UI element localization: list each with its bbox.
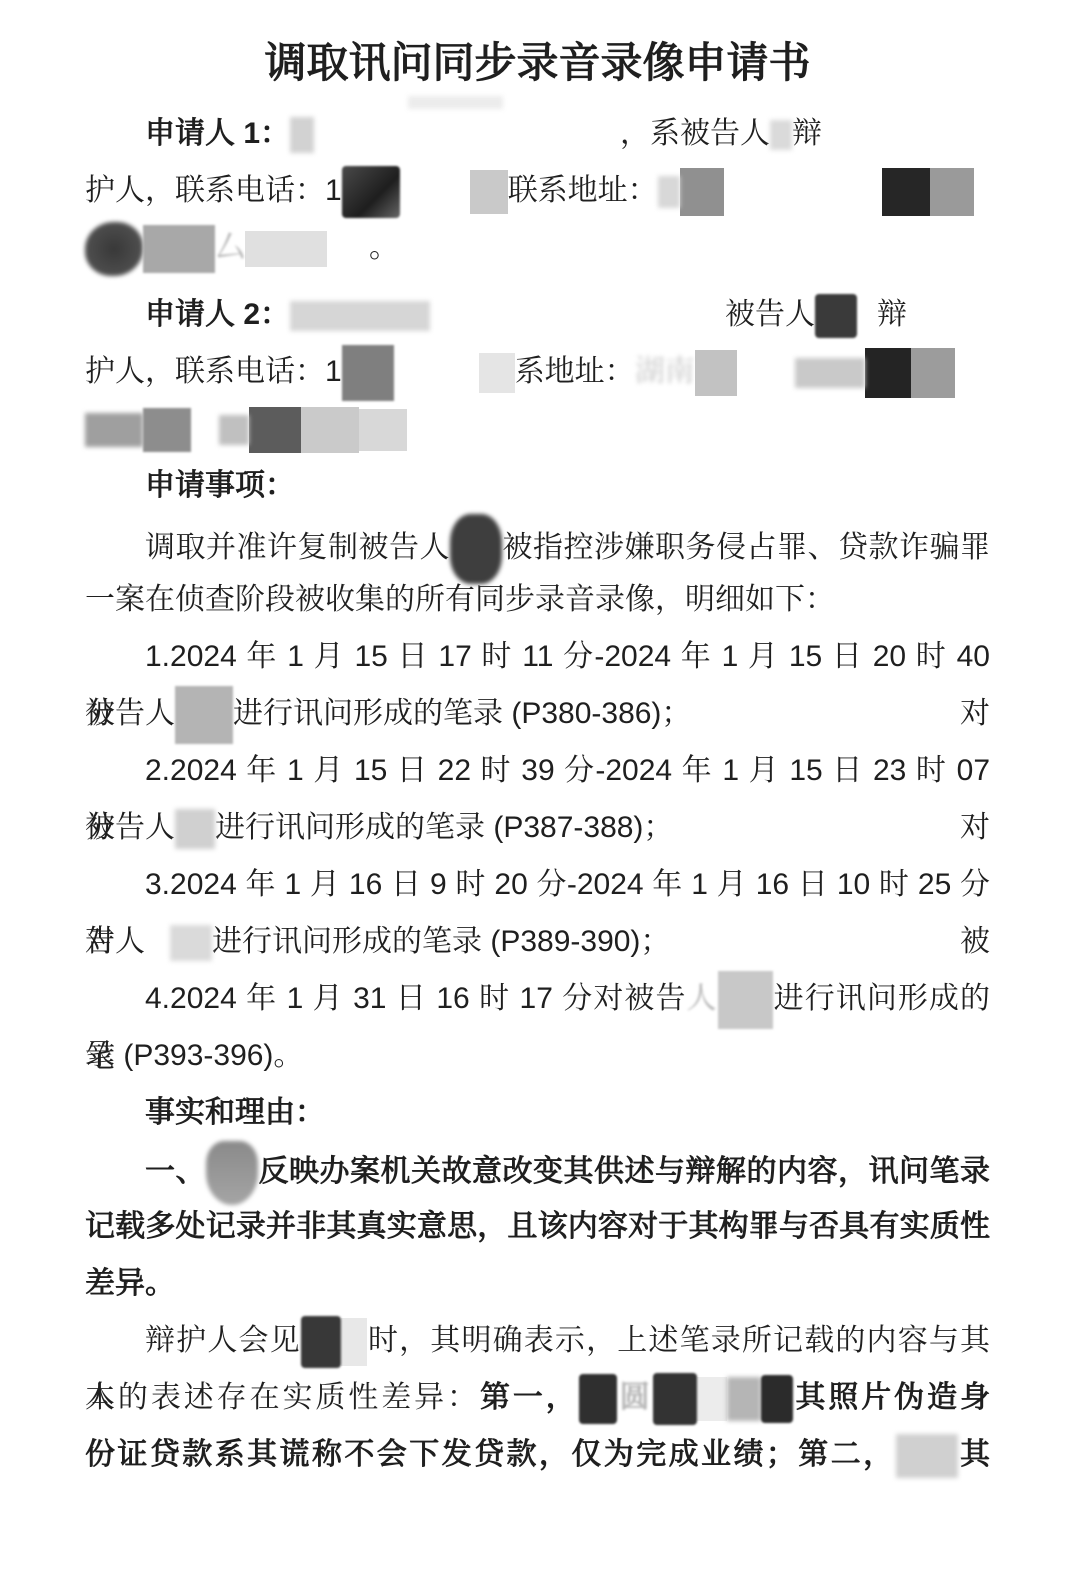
redaction-block <box>249 407 301 453</box>
redaction-block <box>865 348 911 398</box>
redaction-block <box>697 1377 727 1421</box>
applicant2-line1-text: 被告人 <box>725 298 815 331</box>
ghost-char: 圆 <box>617 1381 653 1414</box>
meeting-text-bold: 第一， <box>480 1381 579 1414</box>
point-one-line-2: 记载多处记录并非其真实意思，且该内容对于其构罪与否具有实质性 <box>85 1198 990 1255</box>
redaction-block <box>143 225 215 273</box>
applicant1-line1-text: ，系被告人 <box>620 117 770 150</box>
redaction-block <box>342 166 400 218</box>
redaction-block <box>301 407 359 453</box>
request-intro-line-2: 一案在侦查阶段被收集的所有同步录音录像，明细如下： <box>85 571 990 628</box>
redaction-smudge <box>170 925 212 961</box>
item-text: 告人 <box>85 925 145 958</box>
redaction-block <box>342 345 394 401</box>
meeting-line-1: 辩护人会见时，其明确表示，上述笔录所记载的内容与其本 <box>85 1312 990 1369</box>
applicant2-label: 申请人 2： <box>145 298 290 331</box>
meeting-line-2: 人的表述存在实质性差异：第一，圆其照片伪造身 <box>85 1369 990 1426</box>
ghost-char: 厶 <box>215 231 245 264</box>
meeting-text: 人的表述存在实质性差异： <box>85 1381 480 1414</box>
redaction-block <box>882 168 930 216</box>
redaction-block <box>815 294 857 338</box>
point-one-line-1: 一、反映办案机关故意改变其供述与辩解的内容，讯问笔录 <box>85 1141 990 1198</box>
applicant2-line-1: 申请人 2：被告人辩 <box>85 286 990 343</box>
point-one-text: 差异。 <box>85 1267 175 1300</box>
item-text: 进行讯问形成的笔录 (P380-386)； <box>233 697 691 730</box>
applicant1-line-3: 厶。 <box>85 219 990 276</box>
request-intro-text: 调取并准许复制被告人 <box>145 531 450 564</box>
redaction-block <box>359 409 407 451</box>
applicant1-line-1: 申请人 1：，系被告人辩 <box>85 105 990 162</box>
redaction-block <box>911 348 955 398</box>
ghost-char: 人 <box>687 982 718 1015</box>
applicant2-line-3 <box>85 400 990 457</box>
applicant2-phone-label: 护人，联系电话：1 <box>85 355 342 388</box>
redaction-blob <box>450 514 502 584</box>
point-one-line-3: 差异。 <box>85 1255 990 1312</box>
redaction-block <box>143 408 191 452</box>
request-intro-text: 一案在侦查阶段被收集的所有同步录音录像，明细如下： <box>85 583 835 616</box>
request-heading-line: 申请事项： <box>85 457 990 514</box>
redaction-block <box>301 1316 341 1368</box>
document-page: 调取讯问同步录音录像申请书 申请人 1：，系被告人辩 护人，联系电话：1联系地址… <box>0 0 1080 1574</box>
item-text: 进行讯问形成的笔录 (P389-390)； <box>212 925 670 958</box>
meeting-text: 辩护人会见 <box>145 1324 301 1357</box>
redaction-smudge <box>219 415 249 445</box>
item-text: 4.2024 年 1 月 31 日 16 时 17 分对被告 <box>145 982 687 1015</box>
facts-heading-line: 事实和理由： <box>85 1084 990 1141</box>
point-one-text: 记载多处记录并非其真实意思，且该内容对于其构罪与否具有实质性 <box>85 1210 990 1243</box>
meeting-line-3: 份证贷款系其谎称不会下发贷款，仅为完成业绩；第二，其 <box>85 1426 990 1483</box>
redaction-smudge <box>896 1434 958 1478</box>
applicant1-phone-label: 护人，联系电话：1 <box>85 174 342 207</box>
point-one-text: 反映办案机关故意改变其供述与辩解的内容，讯问笔录 <box>258 1155 990 1188</box>
redaction-blob <box>85 222 143 276</box>
item-text: 被告人 <box>85 811 175 844</box>
redaction-smudge <box>85 413 143 447</box>
scan-artifact <box>408 96 503 109</box>
redaction-block <box>718 971 773 1029</box>
meeting-text-bold: 其照片伪造身 <box>793 1381 990 1414</box>
applicant1-label: 申请人 1： <box>145 117 290 150</box>
request-intro-text: 被指控涉嫌职务侵占罪、贷款诈骗罪 <box>502 531 990 564</box>
facts-heading: 事实和理由： <box>145 1096 325 1129</box>
applicant1-paragraph: 申请人 1：，系被告人辩 护人，联系电话：1联系地址： 厶。 <box>85 105 990 276</box>
item4-line-1: 4.2024 年 1 月 31 日 16 时 17 分对被告人进行讯问形成的笔 <box>85 970 990 1027</box>
redaction-block <box>579 1374 617 1424</box>
applicant1-line-2: 护人，联系电话：1联系地址： <box>85 162 990 219</box>
item1-line-1: 1.2024 年 1 月 15 日 17 时 11 分-2024 年 1 月 1… <box>85 628 990 685</box>
redaction-smudge <box>290 301 430 331</box>
item4-line-2: 录 (P393-396)。 <box>85 1027 990 1084</box>
applicant2-line-2: 护人，联系电话：1系地址：湖南 <box>85 343 990 400</box>
item2-line-1: 2.2024 年 1 月 15 日 22 时 39 分-2024 年 1 月 1… <box>85 742 990 799</box>
redaction-smudge <box>727 1377 761 1421</box>
redaction-smudge <box>770 120 792 150</box>
redaction-smudge <box>658 176 680 208</box>
redaction-block <box>680 168 724 216</box>
redaction-block <box>470 170 508 214</box>
request-intro-line-1: 调取并准许复制被告人被指控涉嫌职务侵占罪、贷款诈骗罪 <box>85 514 990 571</box>
ghost-text: 湖南 <box>635 355 695 388</box>
redaction-block <box>245 231 327 267</box>
redaction-block <box>930 168 974 216</box>
redaction-block <box>175 686 233 744</box>
item-text: 被告人 <box>85 697 175 730</box>
point-one-text: 一、 <box>145 1155 206 1188</box>
redaction-block <box>479 353 515 393</box>
applicant2-line1-tail: 辩 <box>877 298 907 331</box>
applicant1-address-label: 联系地址： <box>508 174 658 207</box>
redaction-smudge <box>175 809 215 849</box>
request-heading: 申请事项： <box>145 469 295 502</box>
applicant2-address-label: 系地址： <box>515 355 635 388</box>
redaction-smudge <box>290 117 314 153</box>
redaction-block <box>761 1375 793 1423</box>
redaction-block <box>695 350 737 396</box>
applicant1-line1-tail: 辩 <box>792 117 822 150</box>
redaction-smudge <box>795 358 865 388</box>
applicant2-paragraph: 申请人 2：被告人辩 护人，联系电话：1系地址：湖南 <box>85 286 990 457</box>
redaction-block <box>341 1318 367 1366</box>
item-text: 进行讯问形成的笔录 (P387-388)； <box>215 811 673 844</box>
redaction-blob <box>206 1141 258 1205</box>
item-text: 录 (P393-396)。 <box>85 1039 303 1072</box>
meeting-text-bold: 份证贷款系其谎称不会下发贷款，仅为完成业绩；第二， <box>85 1438 896 1471</box>
item3-line-1: 3.2024 年 1 月 16 日 9 时 20 分-2024 年 1 月 16… <box>85 856 990 913</box>
document-title: 调取讯问同步录音录像申请书 <box>85 0 990 105</box>
redaction-block <box>653 1373 697 1425</box>
meeting-text-bold: 其 <box>958 1438 990 1471</box>
applicant1-line3-period: 。 <box>369 231 399 264</box>
